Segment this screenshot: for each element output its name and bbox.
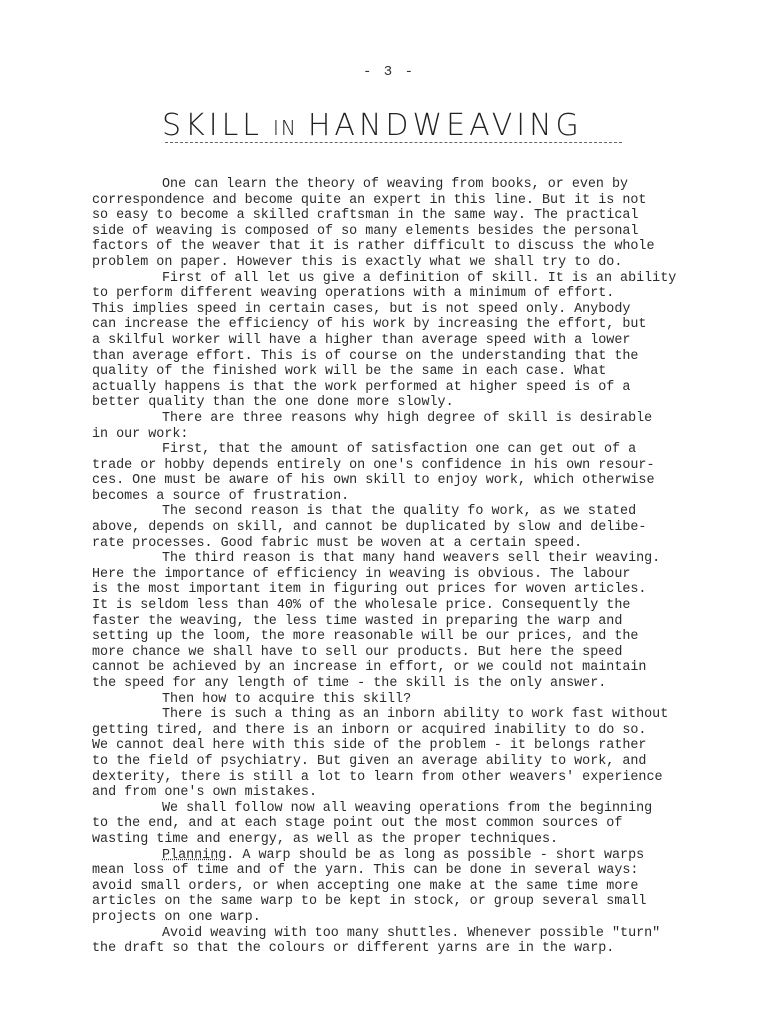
text-line: ces. One must be aware of his own skill …: [92, 473, 712, 489]
text-line: to the end, and at each stage point out …: [92, 816, 712, 832]
line-text: getting tired, and there is an inborn or…: [92, 723, 646, 738]
text-line: Then how to acquire this skill?: [92, 692, 712, 708]
text-line: articles on the same warp to be kept in …: [92, 894, 712, 910]
line-text: ces. One must be aware of his own skill …: [92, 473, 655, 488]
text-line: the draft so that the colours or differe…: [92, 941, 712, 957]
text-line: rate processes. Good fabric must be wove…: [92, 536, 712, 552]
line-text: to the field of psychiatry. But given an…: [92, 754, 646, 769]
line-text: becomes a source of frustration.: [92, 489, 349, 504]
line-text: more chance we shall have to sell our pr…: [92, 645, 622, 660]
line-text: to the end, and at each stage point out …: [92, 816, 622, 831]
line-text: One can learn the theory of weaving from…: [162, 177, 628, 192]
line-text: is the most important item in figuring o…: [92, 582, 646, 597]
text-line: dexterity, there is still a lot to learn…: [92, 770, 712, 786]
text-line: and from one's own mistakes.: [92, 785, 712, 801]
line-text: correspondence and become quite an exper…: [92, 193, 646, 208]
text-line: actually happens is that the work perfor…: [92, 380, 712, 396]
line-text: It is seldom less than 40% of the wholes…: [92, 598, 630, 613]
title-word-in: IN: [273, 116, 298, 140]
text-line: projects on one warp.: [92, 910, 712, 926]
body-text: One can learn the theory of weaving from…: [92, 177, 712, 957]
text-line: mean loss of time and of the yarn. This …: [92, 863, 712, 879]
text-line: more chance we shall have to sell our pr…: [92, 645, 712, 661]
line-text: the speed for any length of time - the s…: [92, 676, 606, 691]
text-line: than average effort. This is of course o…: [92, 349, 712, 365]
text-line: The third reason is that many hand weave…: [92, 551, 712, 567]
text-line: We cannot deal here with this side of th…: [92, 738, 712, 754]
line-text: First, that the amount of satisfaction o…: [162, 442, 636, 457]
text-line: trade or hobby depends entirely on one's…: [92, 458, 712, 474]
text-line: Here the importance of efficiency in wea…: [92, 567, 712, 583]
text-line: faster the weaving, the less time wasted…: [92, 614, 712, 630]
text-line: The second reason is that the quality fo…: [92, 504, 712, 520]
title-word-handweaving: HANDWEAVING: [308, 108, 583, 143]
page-number: - 3 -: [0, 64, 778, 80]
line-text: We cannot deal here with this side of th…: [92, 738, 646, 753]
line-text: dexterity, there is still a lot to learn…: [92, 770, 663, 785]
text-line: Avoid weaving with too many shuttles. Wh…: [92, 926, 712, 942]
line-text: so easy to become a skilled craftsman in…: [92, 208, 638, 223]
line-text: rate processes. Good fabric must be wove…: [92, 536, 582, 551]
text-line: problem on paper. However this is exactl…: [92, 255, 712, 271]
text-line: First of all let us give a definition of…: [92, 271, 712, 287]
line-text: Avoid weaving with too many shuttles. Wh…: [162, 926, 660, 941]
line-text: trade or hobby depends entirely on one's…: [92, 458, 655, 473]
line-text: actually happens is that the work perfor…: [92, 380, 630, 395]
text-line: getting tired, and there is an inborn or…: [92, 723, 712, 739]
line-text: better quality than the one done more sl…: [92, 395, 454, 410]
text-line: is the most important item in figuring o…: [92, 582, 712, 598]
line-text: than average effort. This is of course o…: [92, 349, 638, 364]
page-title: SKILLINHANDWEAVING: [162, 108, 622, 143]
title-word-skill: SKILL: [162, 108, 263, 143]
text-line: One can learn the theory of weaving from…: [92, 177, 712, 193]
text-line: in our work:: [92, 427, 712, 443]
line-text: and from one's own mistakes.: [92, 785, 317, 800]
text-line: It is seldom less than 40% of the wholes…: [92, 598, 712, 614]
line-text: above, depends on skill, and cannot be d…: [92, 520, 646, 535]
text-line: the speed for any length of time - the s…: [92, 676, 712, 692]
line-text: problem on paper. However this is exactl…: [92, 255, 622, 270]
text-line: avoid small orders, or when accepting on…: [92, 879, 712, 895]
text-line: cannot be achieved by an increase in eff…: [92, 660, 712, 676]
text-line: factors of the weaver that it is rather …: [92, 239, 712, 255]
text-line: can increase the efficiency of his work …: [92, 317, 712, 333]
text-line: becomes a source of frustration.: [92, 489, 712, 505]
line-text: factors of the weaver that it is rather …: [92, 239, 655, 254]
line-text: in our work:: [92, 427, 188, 442]
line-text: There are three reasons why high degree …: [162, 411, 652, 426]
line-text: setting up the loom, the more reasonable…: [92, 629, 638, 644]
text-line: We shall follow now all weaving operatio…: [92, 801, 712, 817]
line-text: We shall follow now all weaving operatio…: [162, 801, 652, 816]
text-line: quality of the finished work will be the…: [92, 364, 712, 380]
line-text: The second reason is that the quality fo…: [162, 504, 636, 519]
line-text: side of weaving is composed of so many e…: [92, 224, 638, 239]
section-heading-underlined: Planning: [162, 848, 226, 863]
text-line: There are three reasons why high degree …: [92, 411, 712, 427]
text-line: This implies speed in certain cases, but…: [92, 302, 712, 318]
line-text: . A warp should be as long as possible -…: [226, 848, 644, 863]
text-line: First, that the amount of satisfaction o…: [92, 442, 712, 458]
text-line: to perform different weaving operations …: [92, 286, 712, 302]
line-text: faster the weaving, the less time wasted…: [92, 614, 622, 629]
text-line: correspondence and become quite an exper…: [92, 193, 712, 209]
text-line: There is such a thing as an inborn abili…: [92, 707, 712, 723]
line-text: The third reason is that many hand weave…: [162, 551, 660, 566]
line-text: cannot be achieved by an increase in eff…: [92, 660, 646, 675]
text-line: wasting time and energy, as well as the …: [92, 832, 712, 848]
line-text: a skilful worker will have a higher than…: [92, 333, 630, 348]
text-line: side of weaving is composed of so many e…: [92, 224, 712, 240]
text-line: better quality than the one done more sl…: [92, 395, 712, 411]
line-text: There is such a thing as an inborn abili…: [162, 707, 668, 722]
text-line: Planning. A warp should be as long as po…: [92, 848, 712, 864]
line-text: This implies speed in certain cases, but…: [92, 302, 630, 317]
line-text: mean loss of time and of the yarn. This …: [92, 863, 638, 878]
text-line: a skilful worker will have a higher than…: [92, 333, 712, 349]
line-text: the draft so that the colours or differe…: [92, 941, 614, 956]
line-text: Here the importance of efficiency in wea…: [92, 567, 630, 582]
line-text: articles on the same warp to be kept in …: [92, 894, 646, 909]
text-line: to the field of psychiatry. But given an…: [92, 754, 712, 770]
line-text: First of all let us give a definition of…: [162, 271, 676, 286]
text-line: above, depends on skill, and cannot be d…: [92, 520, 712, 536]
line-text: avoid small orders, or when accepting on…: [92, 879, 638, 894]
title-underline: [165, 142, 622, 143]
line-text: quality of the finished work will be the…: [92, 364, 606, 379]
line-text: to perform different weaving operations …: [92, 286, 614, 301]
text-line: setting up the loom, the more reasonable…: [92, 629, 712, 645]
line-text: can increase the efficiency of his work …: [92, 317, 646, 332]
line-text: wasting time and energy, as well as the …: [92, 832, 558, 847]
line-text: Then how to acquire this skill?: [162, 692, 411, 707]
text-line: so easy to become a skilled craftsman in…: [92, 208, 712, 224]
line-text: projects on one warp.: [92, 910, 261, 925]
